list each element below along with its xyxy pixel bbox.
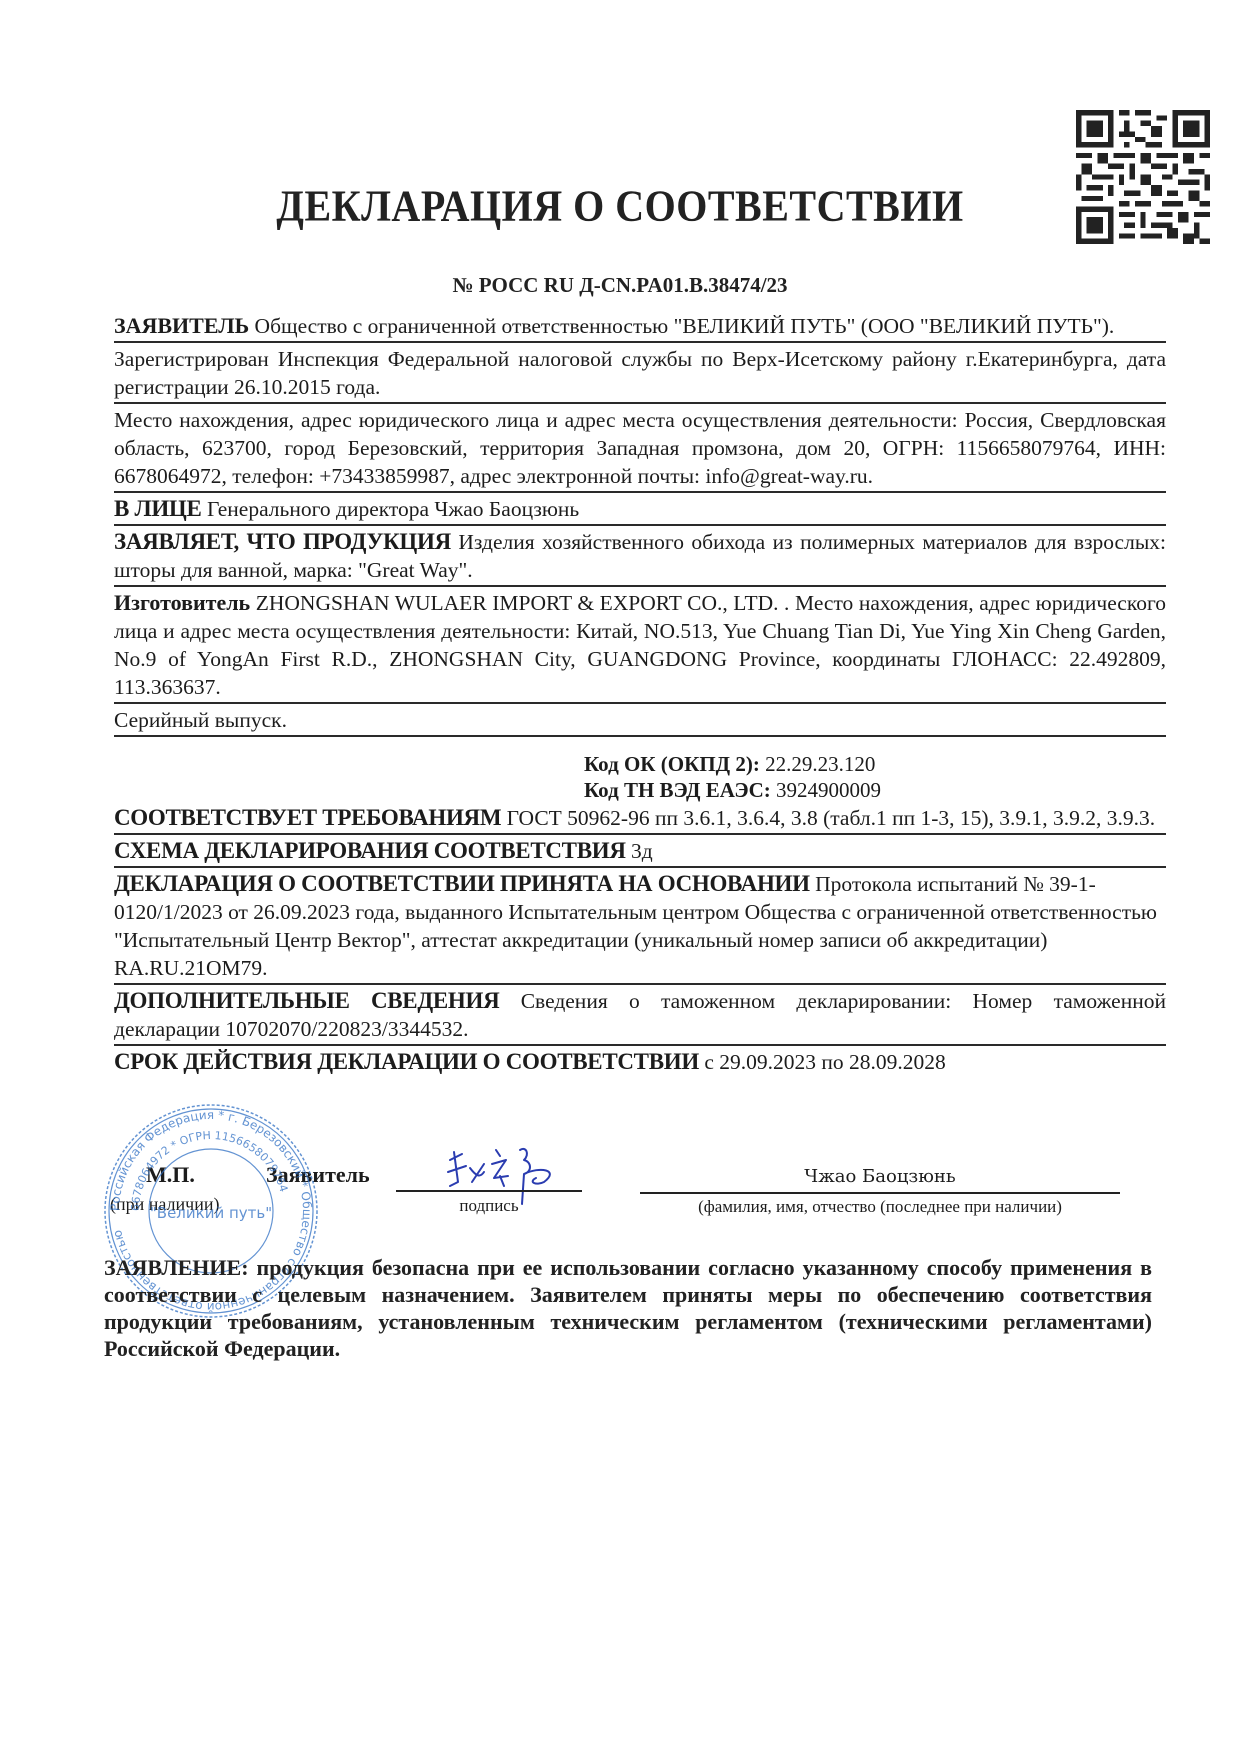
validity-text: с 29.09.2023 по 28.09.2028: [704, 1050, 945, 1074]
document-number: № РОСС RU Д-CN.PA01.B.38474/23: [0, 273, 1240, 298]
product-label: ЗАЯВЛЯЕТ, ЧТО ПРОДУКЦИЯ: [114, 529, 451, 554]
address-section: Место нахождения, адрес юридического лиц…: [114, 406, 1166, 493]
requirements-section: СООТВЕТСТВУЕТ ТРЕБОВАНИЯМ ГОСТ 50962-96 …: [114, 804, 1166, 835]
manufacturer-section: Изготовитель ZHONGSHAN WULAER IMPORT & E…: [114, 589, 1166, 704]
additional-section: ДОПОЛНИТЕЛЬНЫЕ СВЕДЕНИЯ Сведения о тамож…: [114, 987, 1166, 1046]
signer-name-caption: (фамилия, имя, отчество (последнее при н…: [640, 1197, 1120, 1217]
represented-by-text: Генерального директора Чжао Баоцзюнь: [207, 497, 579, 521]
seal-label: М.П.: [146, 1162, 195, 1188]
validity-label: СРОК ДЕЙСТВИЯ ДЕКЛАРАЦИИ О СООТВЕТСТВИИ: [114, 1049, 699, 1074]
signature-line: [396, 1190, 582, 1192]
registration-text: Зарегистрирован Инспекция Федеральной на…: [114, 347, 1166, 399]
statement-text: продукция безопасна при ее использовании…: [104, 1255, 1152, 1361]
signer-name-line: [640, 1192, 1120, 1194]
production-type-section: Серийный выпуск.: [114, 706, 1166, 737]
signer-name: Чжао Баоцзюнь: [640, 1166, 1120, 1187]
manufacturer-text: ZHONGSHAN WULAER IMPORT & EXPORT CO., LT…: [114, 591, 1166, 699]
registration-section: Зарегистрирован Инспекция Федеральной на…: [114, 345, 1166, 404]
okpd-value: 22.29.23.120: [765, 752, 875, 776]
seal-caption: (при наличии): [110, 1194, 219, 1215]
tnved-code: Код ТН ВЭД ЕАЭС: 3924900009: [584, 777, 1166, 803]
address-text: Место нахождения, адрес юридического лиц…: [114, 408, 1166, 488]
okpd-code: Код ОК (ОКПД 2): 22.29.23.120: [584, 751, 1166, 777]
product-section: ЗАЯВЛЯЕТ, ЧТО ПРОДУКЦИЯ Изделия хозяйств…: [114, 528, 1166, 587]
applicant-signature-label: Заявитель: [266, 1162, 370, 1188]
requirements-label: СООТВЕТСТВУЕТ ТРЕБОВАНИЯМ: [114, 805, 501, 830]
additional-label: ДОПОЛНИТЕЛЬНЫЕ СВЕДЕНИЯ: [114, 988, 499, 1013]
tnved-label: Код ТН ВЭД ЕАЭС:: [584, 778, 771, 802]
scheme-value: 3д: [631, 839, 653, 863]
represented-by-label: В ЛИЦЕ: [114, 496, 202, 521]
scheme-label: СХЕМА ДЕКЛАРИРОВАНИЯ СООТВЕТСТВИЯ: [114, 838, 626, 863]
declaration-body: ЗАЯВИТЕЛЬ Общество с ограниченной ответс…: [114, 312, 1166, 1077]
basis-label: ДЕКЛАРАЦИЯ О СООТВЕТСТВИИ ПРИНЯТА НА ОСН…: [114, 871, 810, 896]
requirements-text: ГОСТ 50962-96 пп 3.6.1, 3.6.4, 3.8 (табл…: [507, 806, 1156, 830]
production-type: Серийный выпуск.: [114, 708, 287, 732]
signature-caption: подпись: [396, 1196, 582, 1216]
basis-section: ДЕКЛАРАЦИЯ О СООТВЕТСТВИИ ПРИНЯТА НА ОСН…: [114, 870, 1166, 985]
validity-section: СРОК ДЕЙСТВИЯ ДЕКЛАРАЦИИ О СООТВЕТСТВИИ …: [114, 1048, 1166, 1077]
represented-by-section: В ЛИЦЕ Генерального директора Чжао Баоцз…: [114, 495, 1166, 526]
statement-label: ЗАЯВЛЕНИЕ:: [104, 1255, 249, 1280]
manufacturer-label: Изготовитель: [114, 590, 250, 615]
tnved-value: 3924900009: [776, 778, 881, 802]
applicant-text: Общество с ограниченной ответственностью…: [255, 314, 1115, 338]
safety-statement: ЗАЯВЛЕНИЕ: продукция безопасна при ее ис…: [104, 1254, 1152, 1362]
document-title: ДЕКЛАРАЦИЯ О СООТВЕТСТВИИ: [0, 180, 1240, 232]
applicant-label: ЗАЯВИТЕЛЬ: [114, 313, 249, 338]
okpd-label: Код ОК (ОКПД 2):: [584, 752, 760, 776]
scheme-section: СХЕМА ДЕКЛАРИРОВАНИЯ СООТВЕТСТВИЯ 3д: [114, 837, 1166, 868]
codes-section: Код ОК (ОКПД 2): 22.29.23.120 Код ТН ВЭД…: [114, 751, 1166, 804]
applicant-section: ЗАЯВИТЕЛЬ Общество с ограниченной ответс…: [114, 312, 1166, 343]
signature-block: М.П. (при наличии) Заявитель подпись Чжа…: [0, 1150, 1240, 1240]
